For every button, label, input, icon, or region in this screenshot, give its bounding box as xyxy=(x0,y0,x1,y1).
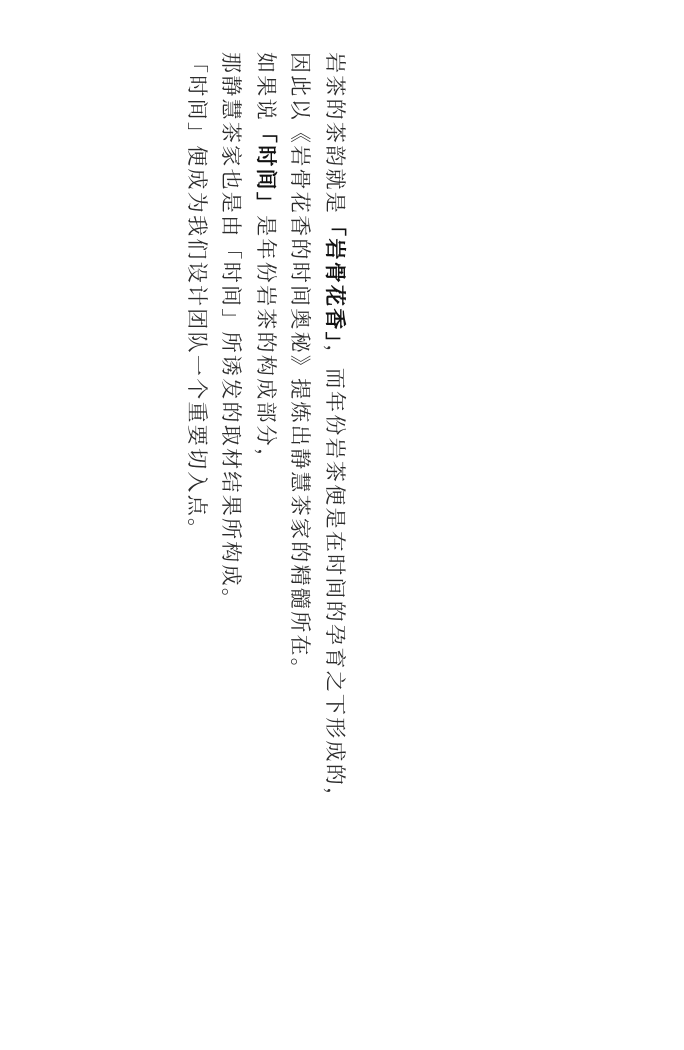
line-1-text-b: ，而年份岩茶便是在时间的孕育之下形成的， xyxy=(323,344,347,810)
line-4-text: 那静慧茶家也是由「时间」所诱发的取材结果所构成。 xyxy=(220,52,244,611)
line-3-text-a: 如果说 xyxy=(254,52,278,122)
line-5-text: 「时间」便成为我们设计团队一个重要切入点。 xyxy=(185,52,209,541)
document-page: 岩茶的茶韵就是「岩骨花香」，而年份岩茶便是在时间的孕育之下形成的， 因此以《岩骨… xyxy=(0,0,684,1050)
rotated-text-block: 岩茶的茶韵就是「岩骨花香」，而年份岩茶便是在时间的孕育之下形成的， 因此以《岩骨… xyxy=(180,52,353,912)
text-line-3: 如果说「时间」是年份岩茶的构成部分， xyxy=(249,52,284,912)
text-line-4: 那静慧茶家也是由「时间」所诱发的取材结果所构成。 xyxy=(214,52,249,912)
line-3-emphasis-shijian: 「时间」 xyxy=(254,122,278,215)
line-2-text: 因此以《岩骨花香的时间奥秘》提炼出静慧茶家的精髓所在。 xyxy=(289,52,313,681)
text-line-2: 因此以《岩骨花香的时间奥秘》提炼出静慧茶家的精髓所在。 xyxy=(283,52,318,912)
line-1-emphasis-yangu-huaxiang: 「岩骨花香」 xyxy=(323,215,347,344)
line-3-text-b: 是年份岩茶的构成部分， xyxy=(254,215,278,471)
text-line-5: 「时间」便成为我们设计团队一个重要切入点。 xyxy=(180,52,215,912)
text-line-1: 岩茶的茶韵就是「岩骨花香」，而年份岩茶便是在时间的孕育之下形成的， xyxy=(318,52,353,912)
line-1-text-a: 岩茶的茶韵就是 xyxy=(323,52,347,215)
